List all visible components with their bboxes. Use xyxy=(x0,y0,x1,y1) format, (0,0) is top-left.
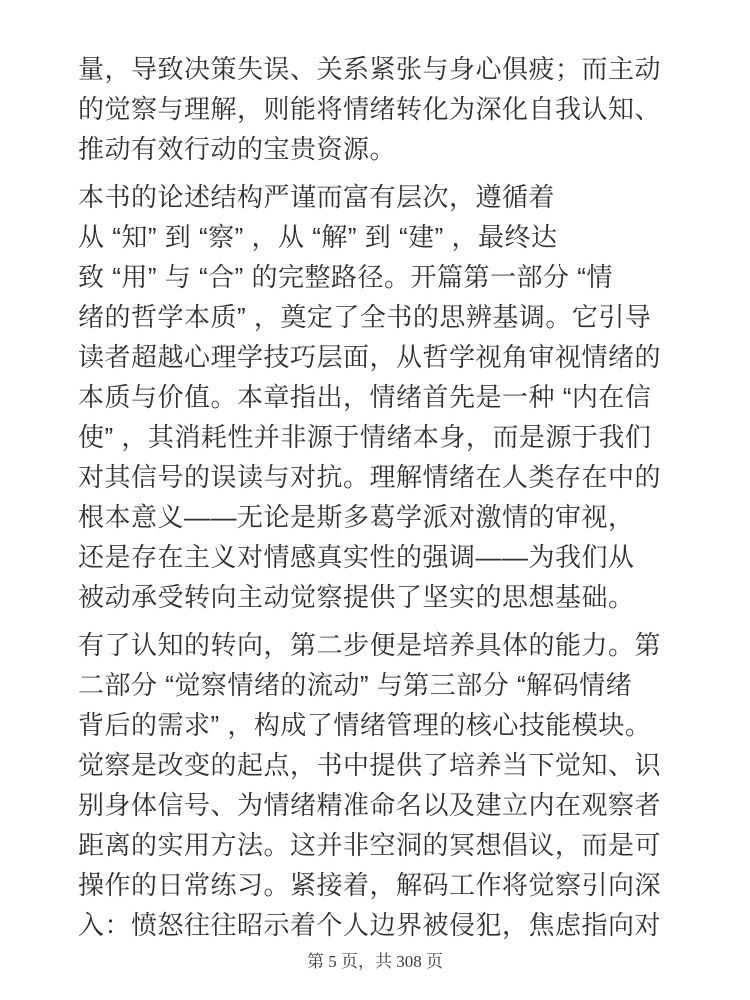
text-line: 背后的需求” ，构成了情绪管理的核心技能模块。 xyxy=(78,705,678,745)
paragraph: 本书的论述结构严谨而富有层次，遵循着从 “知” 到 “察” ，从 “解” 到 “… xyxy=(78,177,678,617)
paragraph: 量，导致决策失误、关系紧张与身心俱疲；而主动的觉察与理解，则能将情绪转化为深化自… xyxy=(78,49,678,169)
text-line: 还是存在主义对情感真实性的强调——为我们从 xyxy=(78,537,678,577)
document-page: 量，导致决策失误、关系紧张与身心俱疲；而主动的觉察与理解，则能将情绪转化为深化自… xyxy=(0,0,750,1000)
text-line: 距离的实用方法。这并非空洞的冥想倡议，而是可 xyxy=(78,825,678,865)
text-line: 量，导致决策失误、关系紧张与身心俱疲；而主动 xyxy=(78,49,678,89)
text-line: 推动有效行动的宝贵资源。 xyxy=(78,129,678,169)
text-line: 操作的日常练习。紧接着，解码工作将觉察引向深 xyxy=(78,865,678,905)
text-line: 的觉察与理解，则能将情绪转化为深化自我认知、 xyxy=(78,89,678,129)
text-line: 别身体信号、为情绪精准命名以及建立内在观察者 xyxy=(78,785,678,825)
text-line: 觉察是改变的起点，书中提供了培养当下觉知、识 xyxy=(78,745,678,785)
paragraph: 有了认知的转向，第二步便是培养具体的能力。第二部分 “觉察情绪的流动” 与第三部… xyxy=(78,625,678,945)
text-line: 根本意义——无论是斯多葛学派对激情的审视， xyxy=(78,497,678,537)
text-line: 本质与价值。本章指出，情绪首先是一种 “内在信 xyxy=(78,377,678,417)
text-line: 读者超越心理学技巧层面，从哲学视角审视情绪的 xyxy=(78,337,678,377)
text-line: 有了认知的转向，第二步便是培养具体的能力。第 xyxy=(78,625,678,665)
text-line: 二部分 “觉察情绪的流动” 与第三部分 “解码情绪 xyxy=(78,665,678,705)
text-line: 致 “用” 与 “合” 的完整路径。开篇第一部分 “情 xyxy=(78,257,678,297)
text-line: 入：愤怒往往昭示着个人边界被侵犯，焦虑指向对 xyxy=(78,905,678,945)
text-line: 被动承受转向主动觉察提供了坚实的思想基础。 xyxy=(78,577,678,617)
text-line: 绪的哲学本质” ，奠定了全书的思辨基调。它引导 xyxy=(78,297,678,337)
text-line: 本书的论述结构严谨而富有层次，遵循着 xyxy=(78,177,678,217)
text-line: 对其信号的误读与对抗。理解情绪在人类存在中的 xyxy=(78,457,678,497)
document-body: 量，导致决策失误、关系紧张与身心俱疲；而主动的觉察与理解，则能将情绪转化为深化自… xyxy=(78,49,678,953)
text-line: 使” ，其消耗性并非源于情绪本身，而是源于我们 xyxy=(78,417,678,457)
text-line: 从 “知” 到 “察” ，从 “解” 到 “建” ，最终达 xyxy=(78,217,678,257)
page-number-indicator: 第 5 页，共 308 页 xyxy=(0,951,750,973)
